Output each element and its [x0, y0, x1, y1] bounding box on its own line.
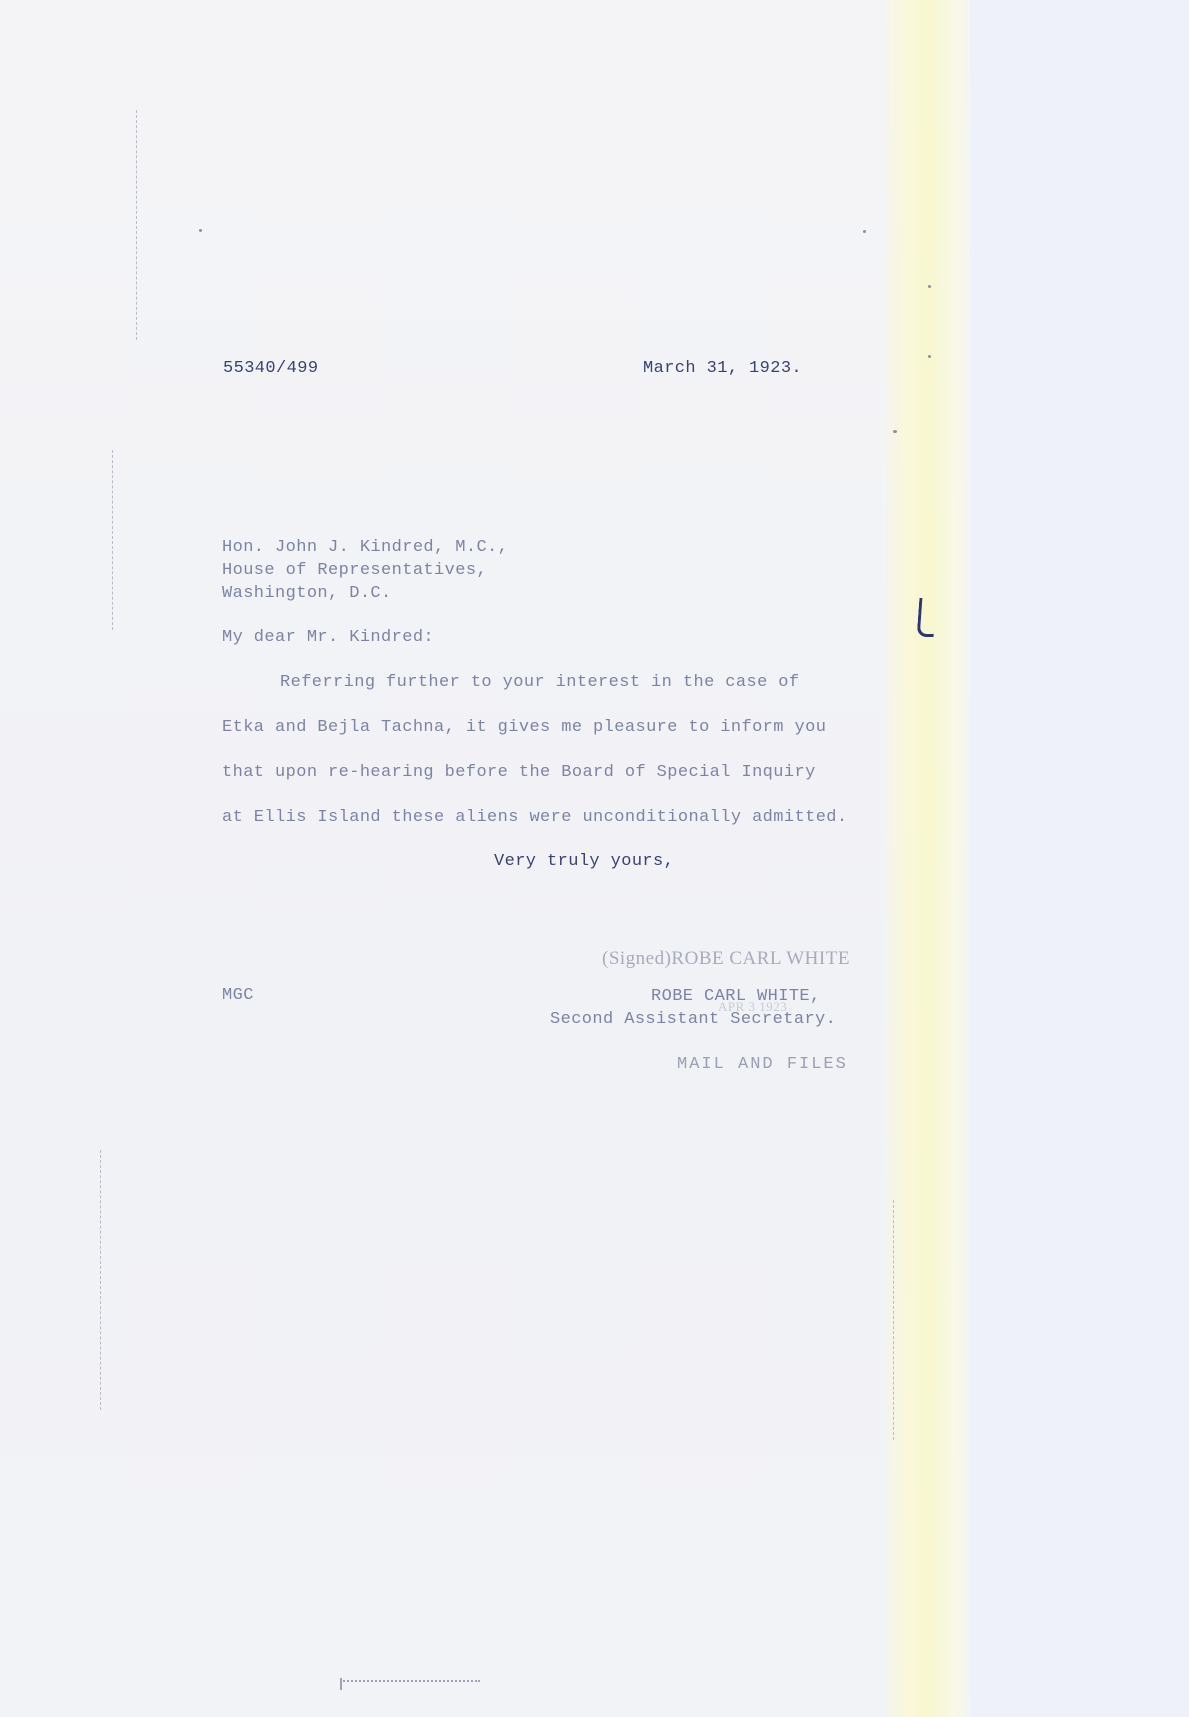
body-line-1: Referring further to your interest in th… — [280, 673, 799, 692]
file-number: 55340/499 — [223, 359, 318, 378]
handwritten-mark — [917, 598, 937, 637]
scan-streak — [893, 1200, 894, 1440]
body-line-3: that upon re-hearing before the Board of… — [222, 763, 816, 782]
closing: Very truly yours, — [494, 852, 674, 871]
body-line-4: at Ellis Island these aliens were uncond… — [222, 808, 848, 827]
scan-streak — [100, 1150, 101, 1410]
speck — [863, 230, 866, 233]
addressee-line-1: Hon. John J. Kindred, M.C., — [222, 538, 508, 557]
page-edge-tint — [970, 0, 1189, 1717]
date-stamp: APR 3 1923 — [718, 999, 787, 1015]
speck — [928, 355, 931, 358]
salutation: My dear Mr. Kindred: — [222, 628, 434, 647]
letter-date: March 31, 1923. — [643, 359, 802, 378]
typist-initials: MGC — [222, 986, 254, 1005]
addressee-line-3: Washington, D.C. — [222, 584, 392, 603]
signed-stamp: (Signed)ROBE CARL WHITE — [602, 948, 850, 970]
signatory-title: Second Assistant Secretary. — [550, 1010, 836, 1029]
addressee-line-2: House of Representatives, — [222, 561, 487, 580]
scan-streak — [112, 450, 113, 630]
mail-and-files-stamp: MAIL AND FILES — [677, 1055, 848, 1074]
speck — [199, 229, 202, 232]
scan-streak — [136, 110, 137, 340]
bottom-mark — [340, 1680, 480, 1682]
body-line-2: Etka and Bejla Tachna, it gives me pleas… — [222, 718, 826, 737]
speck — [928, 285, 931, 288]
speck — [893, 430, 897, 433]
